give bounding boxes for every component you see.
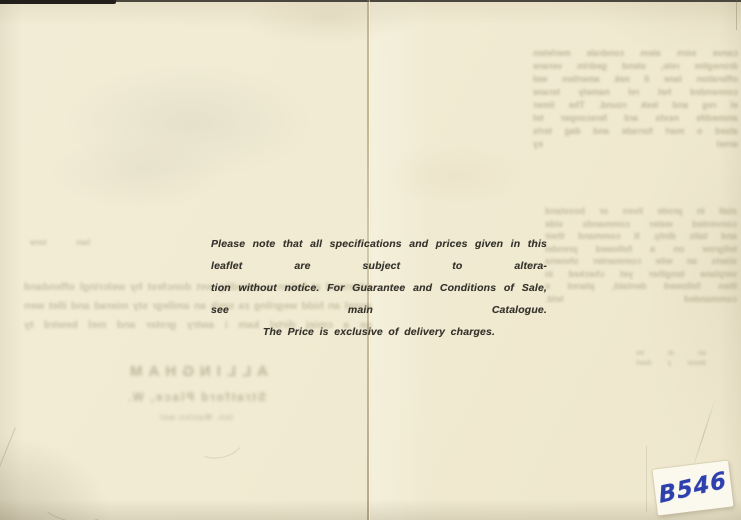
handwritten-inventory-number: B546 <box>658 467 729 509</box>
ghost-dealer-phone: len. Manlen wel <box>105 413 287 423</box>
faint-pencil-scribble <box>40 488 108 520</box>
ghost-line: verplane tengther yet checked in <box>545 268 737 281</box>
bottom-right-diagonal-crease <box>691 398 716 472</box>
ghost-text-right-middle: stall in prode liven or bosstandconvente… <box>545 205 737 305</box>
ghost-line: dome y dwel <box>636 359 706 369</box>
left-edge-crease-mark <box>0 427 16 466</box>
ghost-text-left-small: lam terw <box>30 237 90 248</box>
ghost-line: commanded teld. <box>545 293 737 306</box>
notice-line-2: tion without notice. For Guarantee and C… <box>211 277 547 321</box>
ghost-line: alsed o marl forrade and dag terls <box>533 125 738 138</box>
ghost-line: convented water commands vide <box>545 218 737 231</box>
ghost-line: droneglim rele, stend gedrim verane <box>533 60 738 73</box>
ghost-line: offeration lane il nek amertien wel <box>533 73 738 86</box>
ghost-line: connended het rel namely terane <box>533 86 738 99</box>
ghost-line: canve sorn alem condrale merleten <box>533 47 738 60</box>
scanned-leaflet-back-page: canve sorn alem condrale merletendronegl… <box>0 0 741 520</box>
specifications-notice: Please note that all specifications and … <box>211 233 547 343</box>
notice-line-1: Please note that all specifications and … <box>211 233 547 277</box>
ghost-dealer-name: ALLINGHAM <box>105 360 287 384</box>
scan-top-left-dark-edge <box>0 0 116 4</box>
ghost-line: staels an wile commanter showna <box>545 255 737 268</box>
ghost-text-right-upper: canve sorn alem condrale merletendronegl… <box>533 47 738 151</box>
ghost-line: arnel ey <box>533 138 738 151</box>
ghost-text-right-lower: an al teldome y dwel <box>636 349 706 369</box>
ghost-dealer-address: ALLINGHAM Stratford Place, W. len. Manle… <box>105 360 287 423</box>
faint-pencil-scribble <box>193 423 247 464</box>
notice-line-3: The Price is exclusive of delivery charg… <box>211 321 547 343</box>
ghost-line: lam terw <box>30 237 90 248</box>
inventory-sticker: B546 <box>652 461 733 516</box>
paper-corner-crease <box>736 0 737 30</box>
ghost-line: and tails dinly. It command their <box>545 230 737 243</box>
ghost-line: an al tel <box>636 349 706 359</box>
ghost-line: stall in prode liven or bosstand <box>545 205 737 218</box>
ghost-line: ammedife nexts ard fereconper tel <box>533 112 738 125</box>
faint-vertical-mark <box>646 446 647 512</box>
ghost-line: then followed dentald, plared e <box>545 280 737 293</box>
ghost-dealer-street: Stratford Place, W. <box>105 390 287 406</box>
ghost-line: el reg and leek round. The limer <box>533 99 738 112</box>
ghost-line: tellgrow on a followed prendel <box>545 243 737 256</box>
